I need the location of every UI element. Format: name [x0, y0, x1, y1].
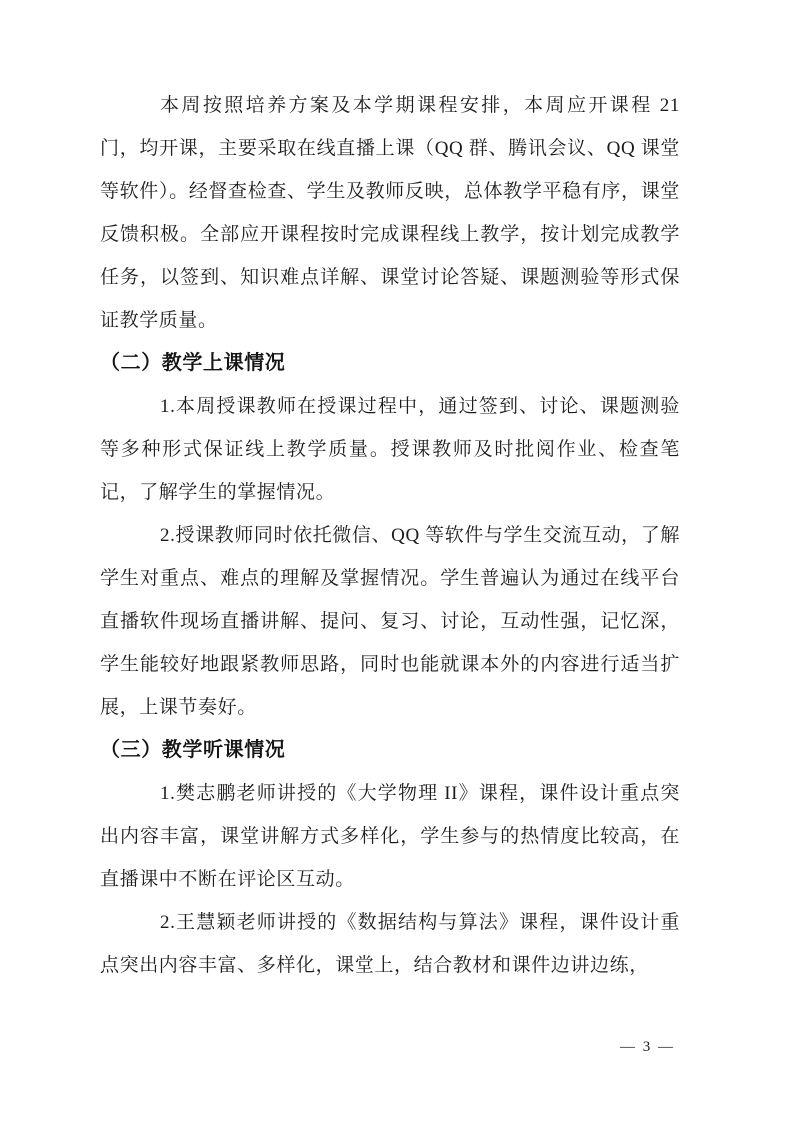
section-heading-class-observation: （三）教学听课情况 — [100, 729, 680, 772]
document-body: 本周按照培养方案及本学期课程安排，本周应开课程 21 门，均开课，主要采取在线直… — [100, 84, 680, 987]
paragraph-weekly-overview: 本周按照培养方案及本学期课程安排，本周应开课程 21 门，均开课，主要采取在线直… — [100, 84, 680, 342]
page-number: — 3 — — [620, 1036, 675, 1058]
section-heading-teaching-class: （二）教学上课情况 — [100, 342, 680, 385]
paragraph-observation-item-2: 2.王慧颖老师讲授的《数据结构与算法》课程，课件设计重点突出内容丰富、多样化，课… — [100, 901, 680, 987]
document-page: 本周按照培养方案及本学期课程安排，本周应开课程 21 门，均开课，主要采取在线直… — [0, 0, 793, 1122]
paragraph-teaching-item-1: 1.本周授课教师在授课过程中，通过签到、讨论、课题测验等多种形式保证线上教学质量… — [100, 385, 680, 514]
paragraph-teaching-item-2: 2.授课教师同时依托微信、QQ 等软件与学生交流互动，了解学生对重点、难点的理解… — [100, 514, 680, 729]
paragraph-observation-item-1: 1.樊志鹏老师讲授的《大学物理 II》课程，课件设计重点突出内容丰富，课堂讲解方… — [100, 772, 680, 901]
